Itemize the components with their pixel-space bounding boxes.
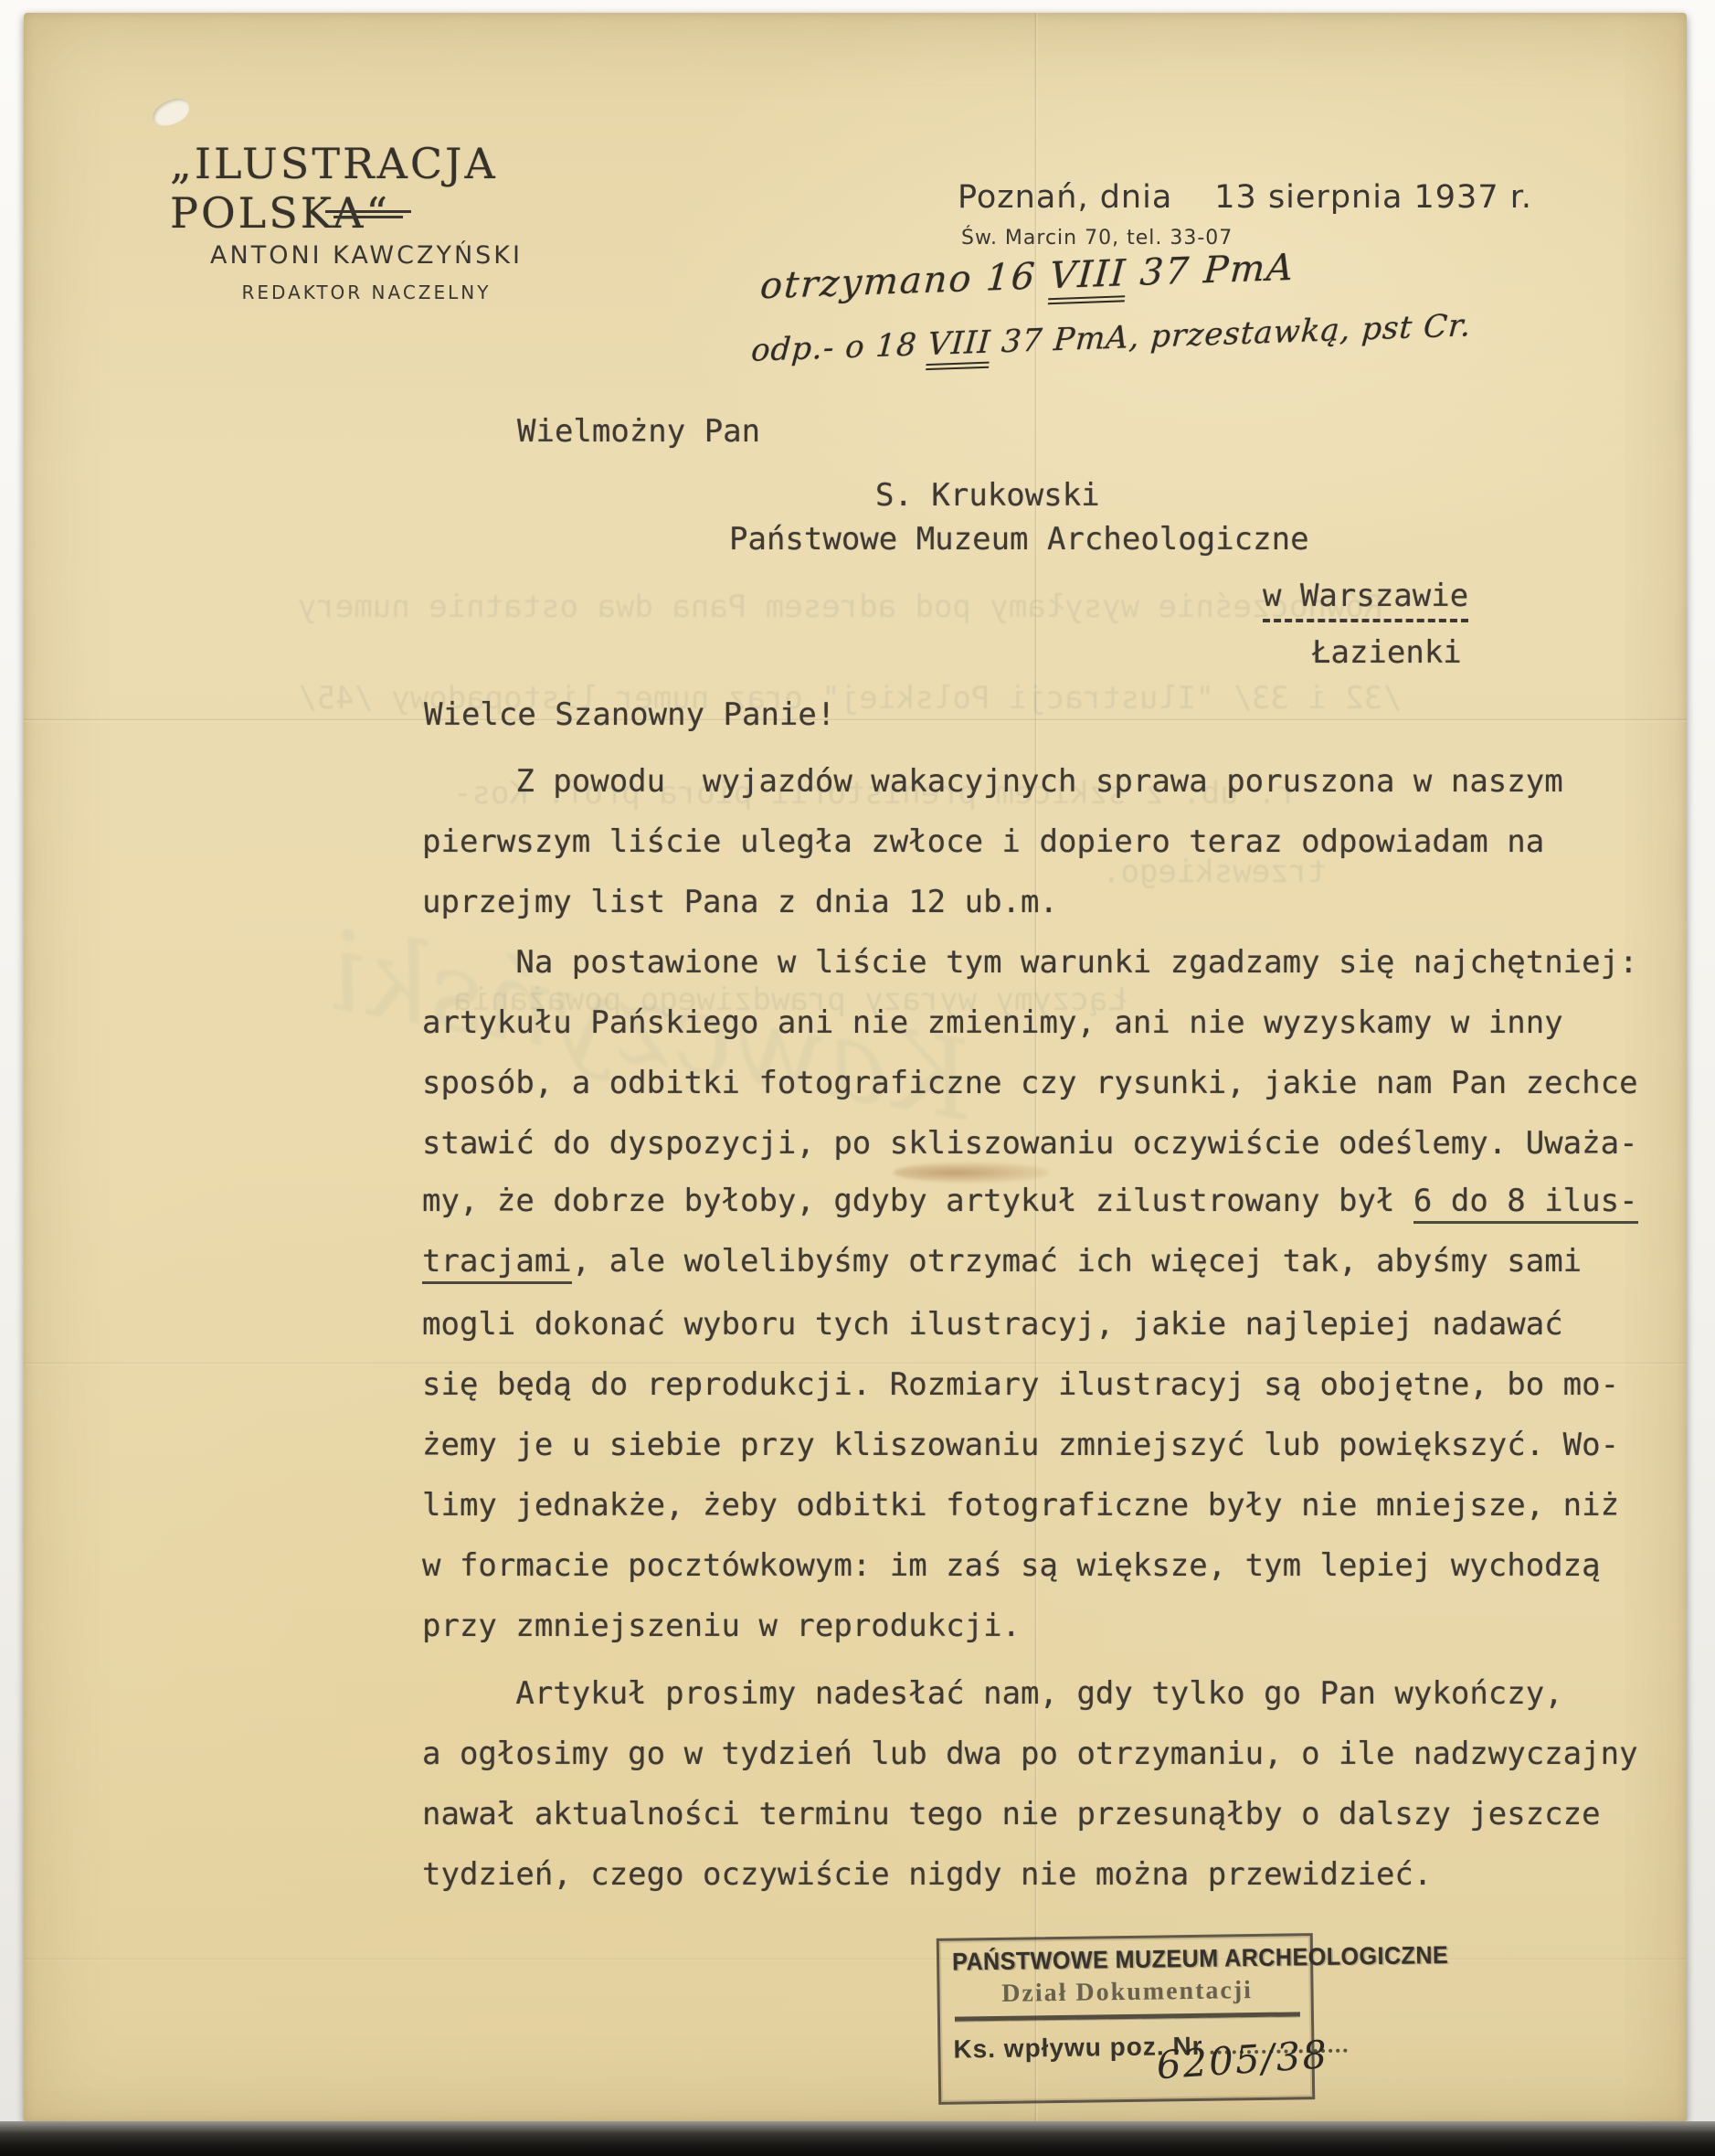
dateline: Poznań, dnia13 sierpnia 1937 r. — [958, 179, 1532, 216]
handwritten-text: otrzymano 16 — [759, 255, 1052, 307]
recipient-honorific: Wielmożny Pan — [517, 413, 760, 450]
handwritten-text: 37 PmA — [1126, 247, 1297, 295]
paper-chip — [149, 95, 193, 130]
dateline-date: 13 sierpnia 1937 r. — [1214, 179, 1532, 216]
underlined-text: tracjami — [422, 1243, 572, 1284]
editor-name: ANTONI KAWCZYŃSKI — [161, 241, 572, 270]
recipient-city: w Warszawie — [1263, 578, 1468, 614]
recipient-district: Łazienki — [1312, 634, 1462, 671]
handwritten-note-line1: otrzymano 16 VIII 37 PmA — [759, 247, 1297, 308]
stamp-rule — [955, 2012, 1300, 2021]
dateline-city: Poznań, dnia — [958, 179, 1172, 216]
recipient-city-text: w Warszawie — [1263, 578, 1468, 622]
recipient-institution: Państwowe Muzeum Archeologiczne — [729, 521, 1309, 558]
editor-title: REDAKTOR NACZELNY — [161, 281, 572, 303]
letterhead-double-rule — [325, 210, 411, 220]
stamp-institution: PAŃSTWOWE MUZEUM ARCHEOLOGICZNE — [952, 1944, 1277, 1977]
body-paragraph-2a: Na postawione w liście tym warunki zgadz… — [422, 932, 1665, 1174]
publication-title: „ILUSTRACJA POLSKA“ — [170, 139, 572, 238]
museum-stamp: PAŃSTWOWE MUZEUM ARCHEOLOGICZNE Dział Do… — [937, 1933, 1316, 2105]
salutation: Wielce Szanowny Panie! — [424, 696, 835, 733]
body-paragraph-3: Artykuł prosimy nadesłać nam, gdy tylko … — [422, 1663, 1665, 1905]
handwritten-note-line2: odp.- o 18 VIII 37 PmA, przestawką, pst … — [750, 307, 1473, 369]
bleedthrough-line: Równocześnie wysyłamy pod adresem Pana d… — [298, 589, 1382, 625]
handwritten-text: 37 PmA, przestawką, pst Cr. — [990, 307, 1473, 360]
body-paragraph-1: Z powodu wyjazdów wakacyjnych sprawa por… — [422, 751, 1665, 932]
body-paragraph-2-line5: my, że dobrze byłoby, gdyby artykuł zilu… — [422, 1183, 1638, 1219]
body-text: my, że dobrze byłoby, gdyby artykuł zilu… — [422, 1183, 1413, 1219]
body-text: , ale wolelibyśmy otrzymać ich więcej ta… — [572, 1243, 1582, 1280]
scanner-bed-edge — [0, 2121, 1715, 2156]
body-paragraph-2b: mogli dokonać wyboru tych ilustracyj, ja… — [422, 1294, 1665, 1656]
handwritten-roman-numeral: VIII — [926, 324, 992, 371]
handwritten-text: odp.- o 18 — [750, 326, 929, 369]
body-paragraph-2-line6: tracjami, ale wolelibyśmy otrzymać ich w… — [422, 1243, 1582, 1280]
paper-crease-horizontal-1 — [24, 718, 1687, 722]
handwritten-roman-numeral: VIII — [1048, 252, 1128, 304]
scan-background: Równocześnie wysyłamy pod adresem Pana d… — [0, 0, 1715, 2156]
stamp-department: Dział Dokumentacji — [952, 1975, 1301, 2009]
underlined-text: 6 do 8 ilus- — [1413, 1183, 1638, 1224]
letter-document: Równocześnie wysyłamy pod adresem Pana d… — [24, 13, 1687, 2122]
letterhead-address-phone: Św. Marcin 70, tel. 33-07 — [961, 227, 1233, 250]
recipient-name: S. Krukowski — [875, 477, 1100, 514]
